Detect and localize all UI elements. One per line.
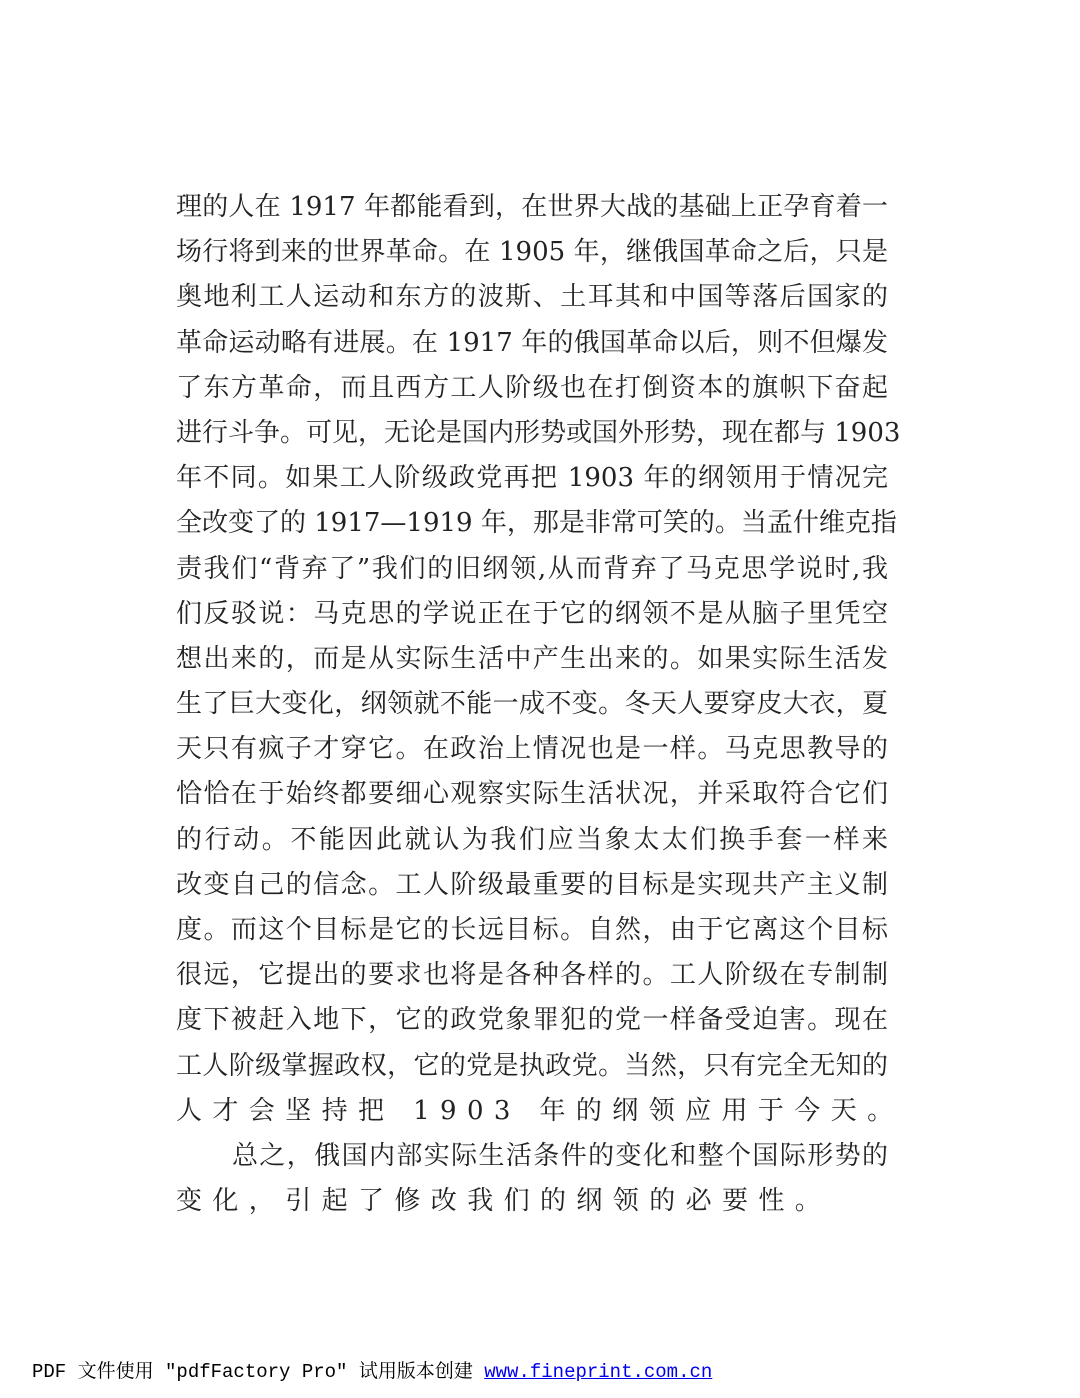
text-line: 奥地利工人运动和东方的波斯、土耳其和中国等落后国家的	[176, 275, 888, 320]
text-line: 全改变了的 1917—1919 年，那是非常可笑的。当孟什维克指	[176, 501, 888, 546]
text-line: 天只有疯子才穿它。在政治上情况也是一样。马克思教导的	[176, 727, 888, 772]
text-line: 变化，引起了修改我们的纲领的必要性。	[176, 1179, 888, 1224]
text-line: 度下被赶入地下，它的政党象罪犯的党一样备受迫害。现在	[176, 998, 888, 1043]
text-line: 想出来的，而是从实际生活中产生出来的。如果实际生活发	[176, 637, 888, 682]
text-line: 的行动。不能因此就认为我们应当象太太们换手套一样来	[176, 818, 888, 863]
text-line: 改变自己的信念。工人阶级最重要的目标是实现共产主义制	[176, 863, 888, 908]
text-line: 革命运动略有进展。在 1917 年的俄国革命以后，则不但爆发	[176, 321, 888, 366]
watermark-text: PDF 文件使用 "pdfFactory Pro" 试用版本创建	[32, 1361, 484, 1383]
text-line: 年不同。如果工人阶级政党再把 1903 年的纲领用于情况完	[176, 456, 888, 501]
document-body: 理的人在 1917 年都能看到，在世界大战的基础上正孕育着一 场行将到来的世界革…	[176, 185, 888, 1224]
text-line: 理的人在 1917 年都能看到，在世界大战的基础上正孕育着一	[176, 185, 888, 230]
text-line: 责我们“背弃了”我们的旧纲领,从而背弃了马克思学说时,我	[176, 547, 888, 592]
text-line: 进行斗争。可见，无论是国内形势或国外形势，现在都与 1903	[176, 411, 888, 456]
text-line: 工人阶级掌握政权，它的党是执政党。当然，只有完全无知的	[176, 1044, 888, 1089]
paragraph-start-line: 总之，俄国内部实际生活条件的变化和整个国际形势的	[176, 1134, 888, 1179]
text-line: 了东方革命，而且西方工人阶级也在打倒资本的旗帜下奋起	[176, 366, 888, 411]
pdf-watermark-footer: PDF 文件使用 "pdfFactory Pro" 试用版本创建 www.fin…	[32, 1356, 712, 1383]
text-line: 恰恰在于始终都要细心观察实际生活状况，并采取符合它们	[176, 772, 888, 817]
fineprint-link[interactable]: www.fineprint.com.cn	[484, 1361, 712, 1383]
text-line: 很远，它提出的要求也将是各种各样的。工人阶级在专制制	[176, 953, 888, 998]
text-line: 度。而这个目标是它的长远目标。自然，由于它离这个目标	[176, 908, 888, 953]
text-line: 人才会坚持把 1903 年的纲领应用于今天。	[176, 1089, 888, 1134]
text-line: 场行将到来的世界革命。在 1905 年，继俄国革命之后，只是	[176, 230, 888, 275]
text-line: 生了巨大变化，纲领就不能一成不变。冬天人要穿皮大衣，夏	[176, 682, 888, 727]
text-line: 们反驳说：马克思的学说正在于它的纲领不是从脑子里凭空	[176, 592, 888, 637]
